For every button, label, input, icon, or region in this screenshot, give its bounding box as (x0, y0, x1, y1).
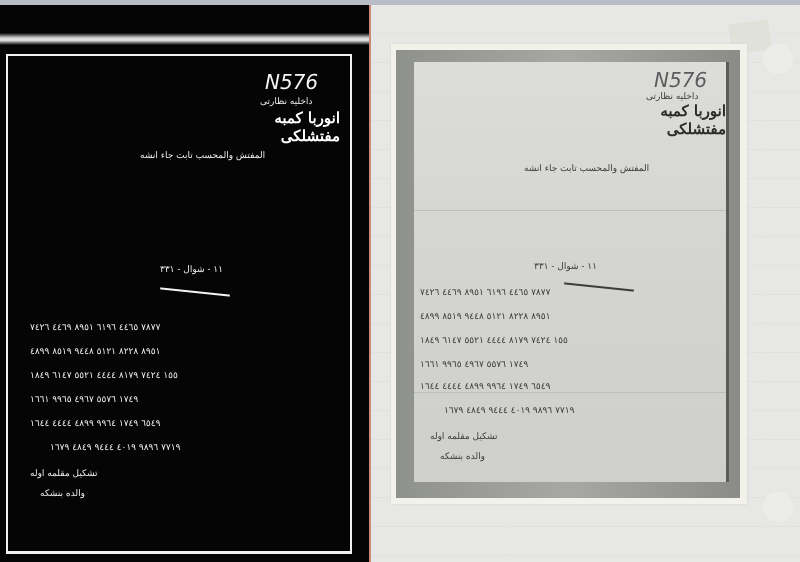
number-row-3: ١٥٥ ٧٤٢٤ ٨١٧٩ ٤٤٤٤ ٥٥٢١ ٦١٤٧ ١٨٤٩ (420, 336, 568, 346)
date-underline (564, 282, 634, 291)
positive-document: N576 داخليه نظارتی انوربا كمبه مفتشلكی ا… (414, 62, 729, 482)
seal-subheading: داخليه نظارتی (646, 92, 698, 102)
date-line: ١١ - شوال - ٣٣١ (534, 262, 597, 272)
punch-hole-bottom (763, 492, 793, 522)
closing-line: تشكيل مقلمه اوله (30, 469, 98, 479)
number-row-4: ١٧٤٩ ٥٥٧٦ ٤٩٦٧ ٩٩٦٥ ١٦٦١ (420, 360, 528, 370)
film-edge (0, 33, 369, 45)
seal-heading: انوربا كمبه مفتشلكی (619, 102, 726, 138)
fold-line (414, 210, 726, 211)
greeting-line: المفتش والمحسب تابت جاء انشه (524, 164, 649, 174)
number-row-5: ٦٥٤٩ ١٧٤٩ ٩٩٦٤ ٤٨٩٩ ٤٤٤٤ ١٦٤٤ (30, 419, 160, 429)
reference-number: N576 (265, 70, 318, 94)
number-row-4: ١٧٤٩ ٥٥٧٦ ٤٩٦٧ ٩٩٦٥ ١٦٦١ (30, 395, 138, 405)
number-row-6: ٧٧١٩ ٩٨٩٦ ٤٠١٩ ٩٤٤٤ ٤٨٤٩ ١٦٧٩ (444, 406, 574, 416)
number-row-2: ٨٩٥١ ٨٢٢٨ ٥١٢١ ٩٤٤٨ ٨٥١٩ ٤٨٩٩ (30, 347, 160, 357)
number-row-1: ٧٨٧٧ ٤٤٦٥ ٦١٩٦ ٨٩٥١ ٤٤٦٩ ٧٤٢٦ (420, 288, 550, 298)
signature-line: والده بنشكه (40, 489, 85, 499)
date-line: ١١ - شوال - ٣٣١ (160, 265, 223, 275)
punch-hole-top (763, 44, 793, 74)
negative-document: N576 داخليه نظارتی انوربا كمبه مفتشلكی ا… (10, 65, 340, 535)
signature-line: والده بنشكه (440, 452, 485, 462)
closing-line: تشكيل مقلمه اوله (430, 432, 498, 442)
number-row-2: ٨٩٥١ ٨٢٢٨ ٥١٢١ ٩٤٤٨ ٨٥١٩ ٤٨٩٩ (420, 312, 550, 322)
greeting-line: المفتش والمحسب تابت جاء انشه (140, 151, 265, 161)
number-row-3: ١٥٥ ٧٤٢٤ ٨١٧٩ ٤٤٤٤ ٥٥٢١ ٦١٤٧ ١٨٤٩ (30, 371, 178, 381)
number-row-6: ٧٧١٩ ٩٨٩٦ ٤٠١٩ ٩٤٤٤ ٤٨٤٩ ١٦٧٩ (50, 443, 180, 453)
date-underline (160, 287, 230, 296)
negative-print-panel: N576 داخليه نظارتی انوربا كمبه مفتشلكی ا… (0, 5, 369, 562)
reference-number: N576 (654, 68, 707, 92)
fold-line (414, 392, 726, 393)
seal-subheading: داخليه نظارتی (260, 97, 312, 107)
seal-heading: انوربا كمبه مفتشلكی (238, 109, 340, 145)
number-row-5: ٦٥٤٩ ١٧٤٩ ٩٩٦٤ ٤٨٩٩ ٤٤٤٤ ١٦٤٤ (420, 382, 550, 392)
number-row-1: ٧٨٧٧ ٤٤٦٥ ٦١٩٦ ٨٩٥١ ٤٤٦٩ ٧٤٢٦ (30, 323, 160, 333)
